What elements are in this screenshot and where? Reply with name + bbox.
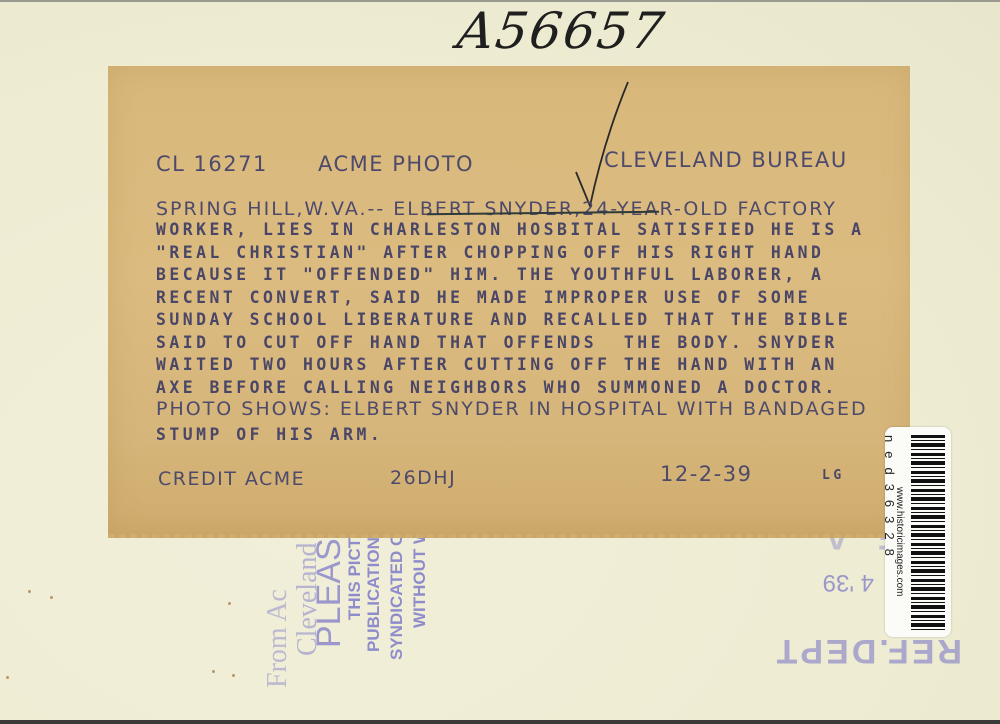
caption-line: SAID TO CUT OFF HAND THAT OFFENDS THE BO…: [156, 333, 838, 352]
stamp-from-line-1: From Ac: [262, 589, 294, 688]
caption-line: BECAUSE IT "OFFENDED" HIM. THE YOUTHFUL …: [156, 265, 824, 284]
caption-agency: ACME PHOTO: [318, 152, 474, 176]
caption-line: WAITED TWO HOURS AFTER CUTTING OFF THE H…: [156, 355, 838, 374]
stain-speck: [228, 602, 231, 605]
caption-line: STUMP OF HIS ARM.: [156, 425, 383, 444]
caption-line: SUNDAY SCHOOL LIBERATURE AND RECALLED TH…: [156, 310, 851, 329]
barcode-icon: [911, 435, 945, 631]
stain-speck: [50, 596, 53, 599]
caption-initials: LG: [822, 468, 845, 483]
stain-speck: [232, 674, 235, 677]
stain-speck: [28, 590, 31, 593]
stain-speck: [212, 670, 215, 673]
caption-credit: CREDIT ACME: [158, 468, 305, 490]
caption-line: "REAL CHRISTIAN" AFTER CHOPPING OFF HIS …: [156, 243, 824, 262]
caption-line: SPRING HILL,W.VA.-- ELBERT SNYDER,24-YEA…: [156, 198, 837, 220]
caption-line: PHOTO SHOWS: ELBERT SNYDER IN HOSPITAL W…: [156, 398, 868, 420]
stain-speck: [6, 676, 9, 679]
stamp-notice-line-3: SYNDICATED OR: [387, 521, 407, 660]
caption-line: WORKER, LIES IN CHARLESTON HOSBITAL SATI…: [156, 220, 865, 239]
caption-code: 26DHJ: [390, 467, 456, 489]
stamp-date: 4 '39: [823, 568, 874, 596]
stamp-notice-line-2: PUBLICATION O: [364, 519, 384, 652]
barcode-label: ned36328 www.historicimages.com: [885, 427, 951, 637]
stamp-notice-line-4: WITHOUT W: [410, 528, 430, 628]
stamp-notice-line-1: THIS PICTU: [345, 526, 365, 620]
caption-line: AXE BEFORE CALLING NEIGHBORS WHO SUMMONE…: [156, 378, 838, 397]
caption-bureau: CLEVELAND BUREAU: [604, 148, 848, 172]
caption-number: CL 16271: [156, 152, 268, 176]
caption-line: RECENT CONVERT, SAID HE MADE IMPROPER US…: [156, 288, 811, 307]
caption-date: 12-2-39: [660, 462, 752, 486]
sheet-torn-edge: [108, 534, 910, 538]
handwritten-archive-id: A56657: [454, 2, 669, 60]
scan-bottom-edge: [0, 720, 1000, 724]
barcode-url: www.historicimages.com: [894, 487, 905, 596]
